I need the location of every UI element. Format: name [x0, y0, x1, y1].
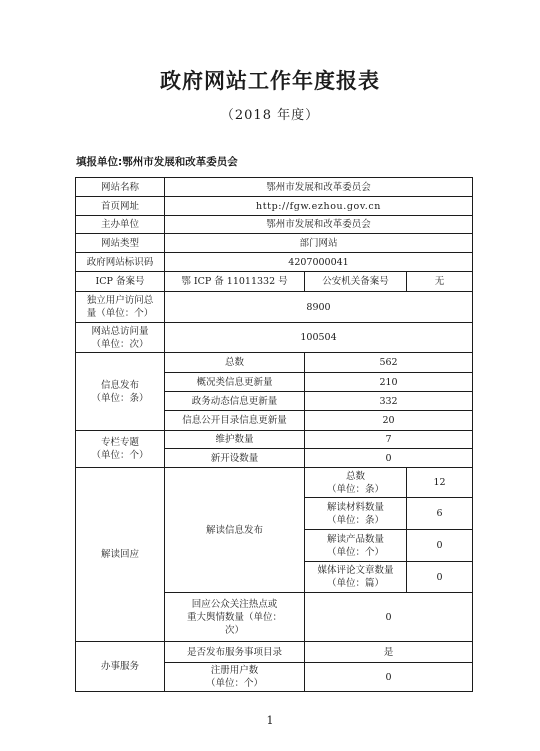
reporting-unit-line: 填报单位:鄂州市发展和改革委员会	[76, 155, 540, 170]
topics-maintained-value: 7	[305, 431, 473, 449]
page-subtitle: （2018 年度）	[0, 109, 540, 123]
annual-report-table: 网站名称 鄂州市发展和改革委员会 首页网址 http://fgw.ezhou.g…	[75, 177, 473, 692]
row-interpret-total: 解读回应 解读信息发布 总数 （单位：条） 12	[76, 468, 473, 498]
registered-users-value: 0	[305, 663, 473, 692]
total-visits-label: 网站总访问量 （单位：次）	[76, 323, 165, 353]
registered-users-label: 注册用户数 （单位：个）	[165, 663, 305, 692]
interpret-materials-value: 6	[407, 498, 473, 530]
interpret-total-label: 总数 （单位：条）	[305, 468, 407, 498]
row-info-publish-total: 信息发布 （单位：条） 总数 562	[76, 353, 473, 373]
info-publish-overview-label: 概况类信息更新量	[165, 373, 305, 392]
topics-maintained-label: 维护数量	[165, 431, 305, 449]
info-publish-news-value: 332	[305, 392, 473, 411]
interpret-products-value: 0	[407, 530, 473, 562]
topics-new-label: 新开设数量	[165, 449, 305, 468]
row-icp: ICP 备案号 鄂 ICP 备 11011332 号 公安机关备案号 无	[76, 272, 473, 292]
row-service-directory: 办事服务 是否发布服务事项目录 是	[76, 642, 473, 663]
site-code-label: 政府网站标识码	[76, 253, 165, 272]
unique-visitors-label: 独立用户访问总 量（单位：个）	[76, 292, 165, 323]
hotspot-response-label: 回应公众关注热点或 重大舆情数量（单位： 次）	[165, 593, 305, 642]
row-site-code: 政府网站标识码 4207000041	[76, 253, 473, 272]
info-publish-overview-value: 210	[305, 373, 473, 392]
interpret-publish-label: 解读信息发布	[165, 468, 305, 593]
service-directory-label: 是否发布服务事项目录	[165, 642, 305, 663]
info-publish-directory-label: 信息公开目录信息更新量	[165, 411, 305, 431]
home-url-label: 首页网址	[76, 197, 165, 216]
row-sponsor: 主办单位 鄂州市发展和改革委员会	[76, 216, 473, 234]
sponsor-label: 主办单位	[76, 216, 165, 234]
site-name-label: 网站名称	[76, 178, 165, 197]
interpret-materials-label: 解读材料数量 （单位：条）	[305, 498, 407, 530]
police-record-value: 无	[407, 272, 473, 292]
row-site-type: 网站类型 部门网站	[76, 234, 473, 253]
icp-label: ICP 备案号	[76, 272, 165, 292]
site-type-value: 部门网站	[165, 234, 473, 253]
row-home-url: 首页网址 http://fgw.ezhou.gov.cn	[76, 197, 473, 216]
services-group-label: 办事服务	[76, 642, 165, 692]
row-topics-maintained: 专栏专题 （单位：个） 维护数量 7	[76, 431, 473, 449]
info-publish-directory-value: 20	[305, 411, 473, 431]
site-type-label: 网站类型	[76, 234, 165, 253]
row-total-visits: 网站总访问量 （单位：次） 100504	[76, 323, 473, 353]
row-site-name: 网站名称 鄂州市发展和改革委员会	[76, 178, 473, 197]
police-record-label: 公安机关备案号	[305, 272, 407, 292]
site-code-value: 4207000041	[165, 253, 473, 272]
unique-visitors-value: 8900	[165, 292, 473, 323]
interpret-media-value: 0	[407, 562, 473, 593]
interpret-media-label: 媒体评论文章数量 （单位：篇）	[305, 562, 407, 593]
row-unique-visitors: 独立用户访问总 量（单位：个） 8900	[76, 292, 473, 323]
info-publish-group-label: 信息发布 （单位：条）	[76, 353, 165, 431]
info-publish-news-label: 政务动态信息更新量	[165, 392, 305, 411]
sponsor-value: 鄂州市发展和改革委员会	[165, 216, 473, 234]
home-url-value: http://fgw.ezhou.gov.cn	[165, 197, 473, 216]
interpret-total-value: 12	[407, 468, 473, 498]
special-topics-group-label: 专栏专题 （单位：个）	[76, 431, 165, 468]
site-name-value: 鄂州市发展和改革委员会	[165, 178, 473, 197]
hotspot-response-value: 0	[305, 593, 473, 642]
document-page: 政府网站工作年度报表 （2018 年度） 填报单位:鄂州市发展和改革委员会 网站…	[0, 0, 540, 751]
page-number: 1	[0, 714, 540, 727]
icp-value: 鄂 ICP 备 11011332 号	[165, 272, 305, 292]
topics-new-value: 0	[305, 449, 473, 468]
page-title: 政府网站工作年度报表	[0, 0, 540, 94]
service-directory-value: 是	[305, 642, 473, 663]
total-visits-value: 100504	[165, 323, 473, 353]
interpret-products-label: 解读产品数量 （单位：个）	[305, 530, 407, 562]
info-publish-total-value: 562	[305, 353, 473, 373]
info-publish-total-label: 总数	[165, 353, 305, 373]
interpret-response-group-label: 解读回应	[76, 468, 165, 642]
